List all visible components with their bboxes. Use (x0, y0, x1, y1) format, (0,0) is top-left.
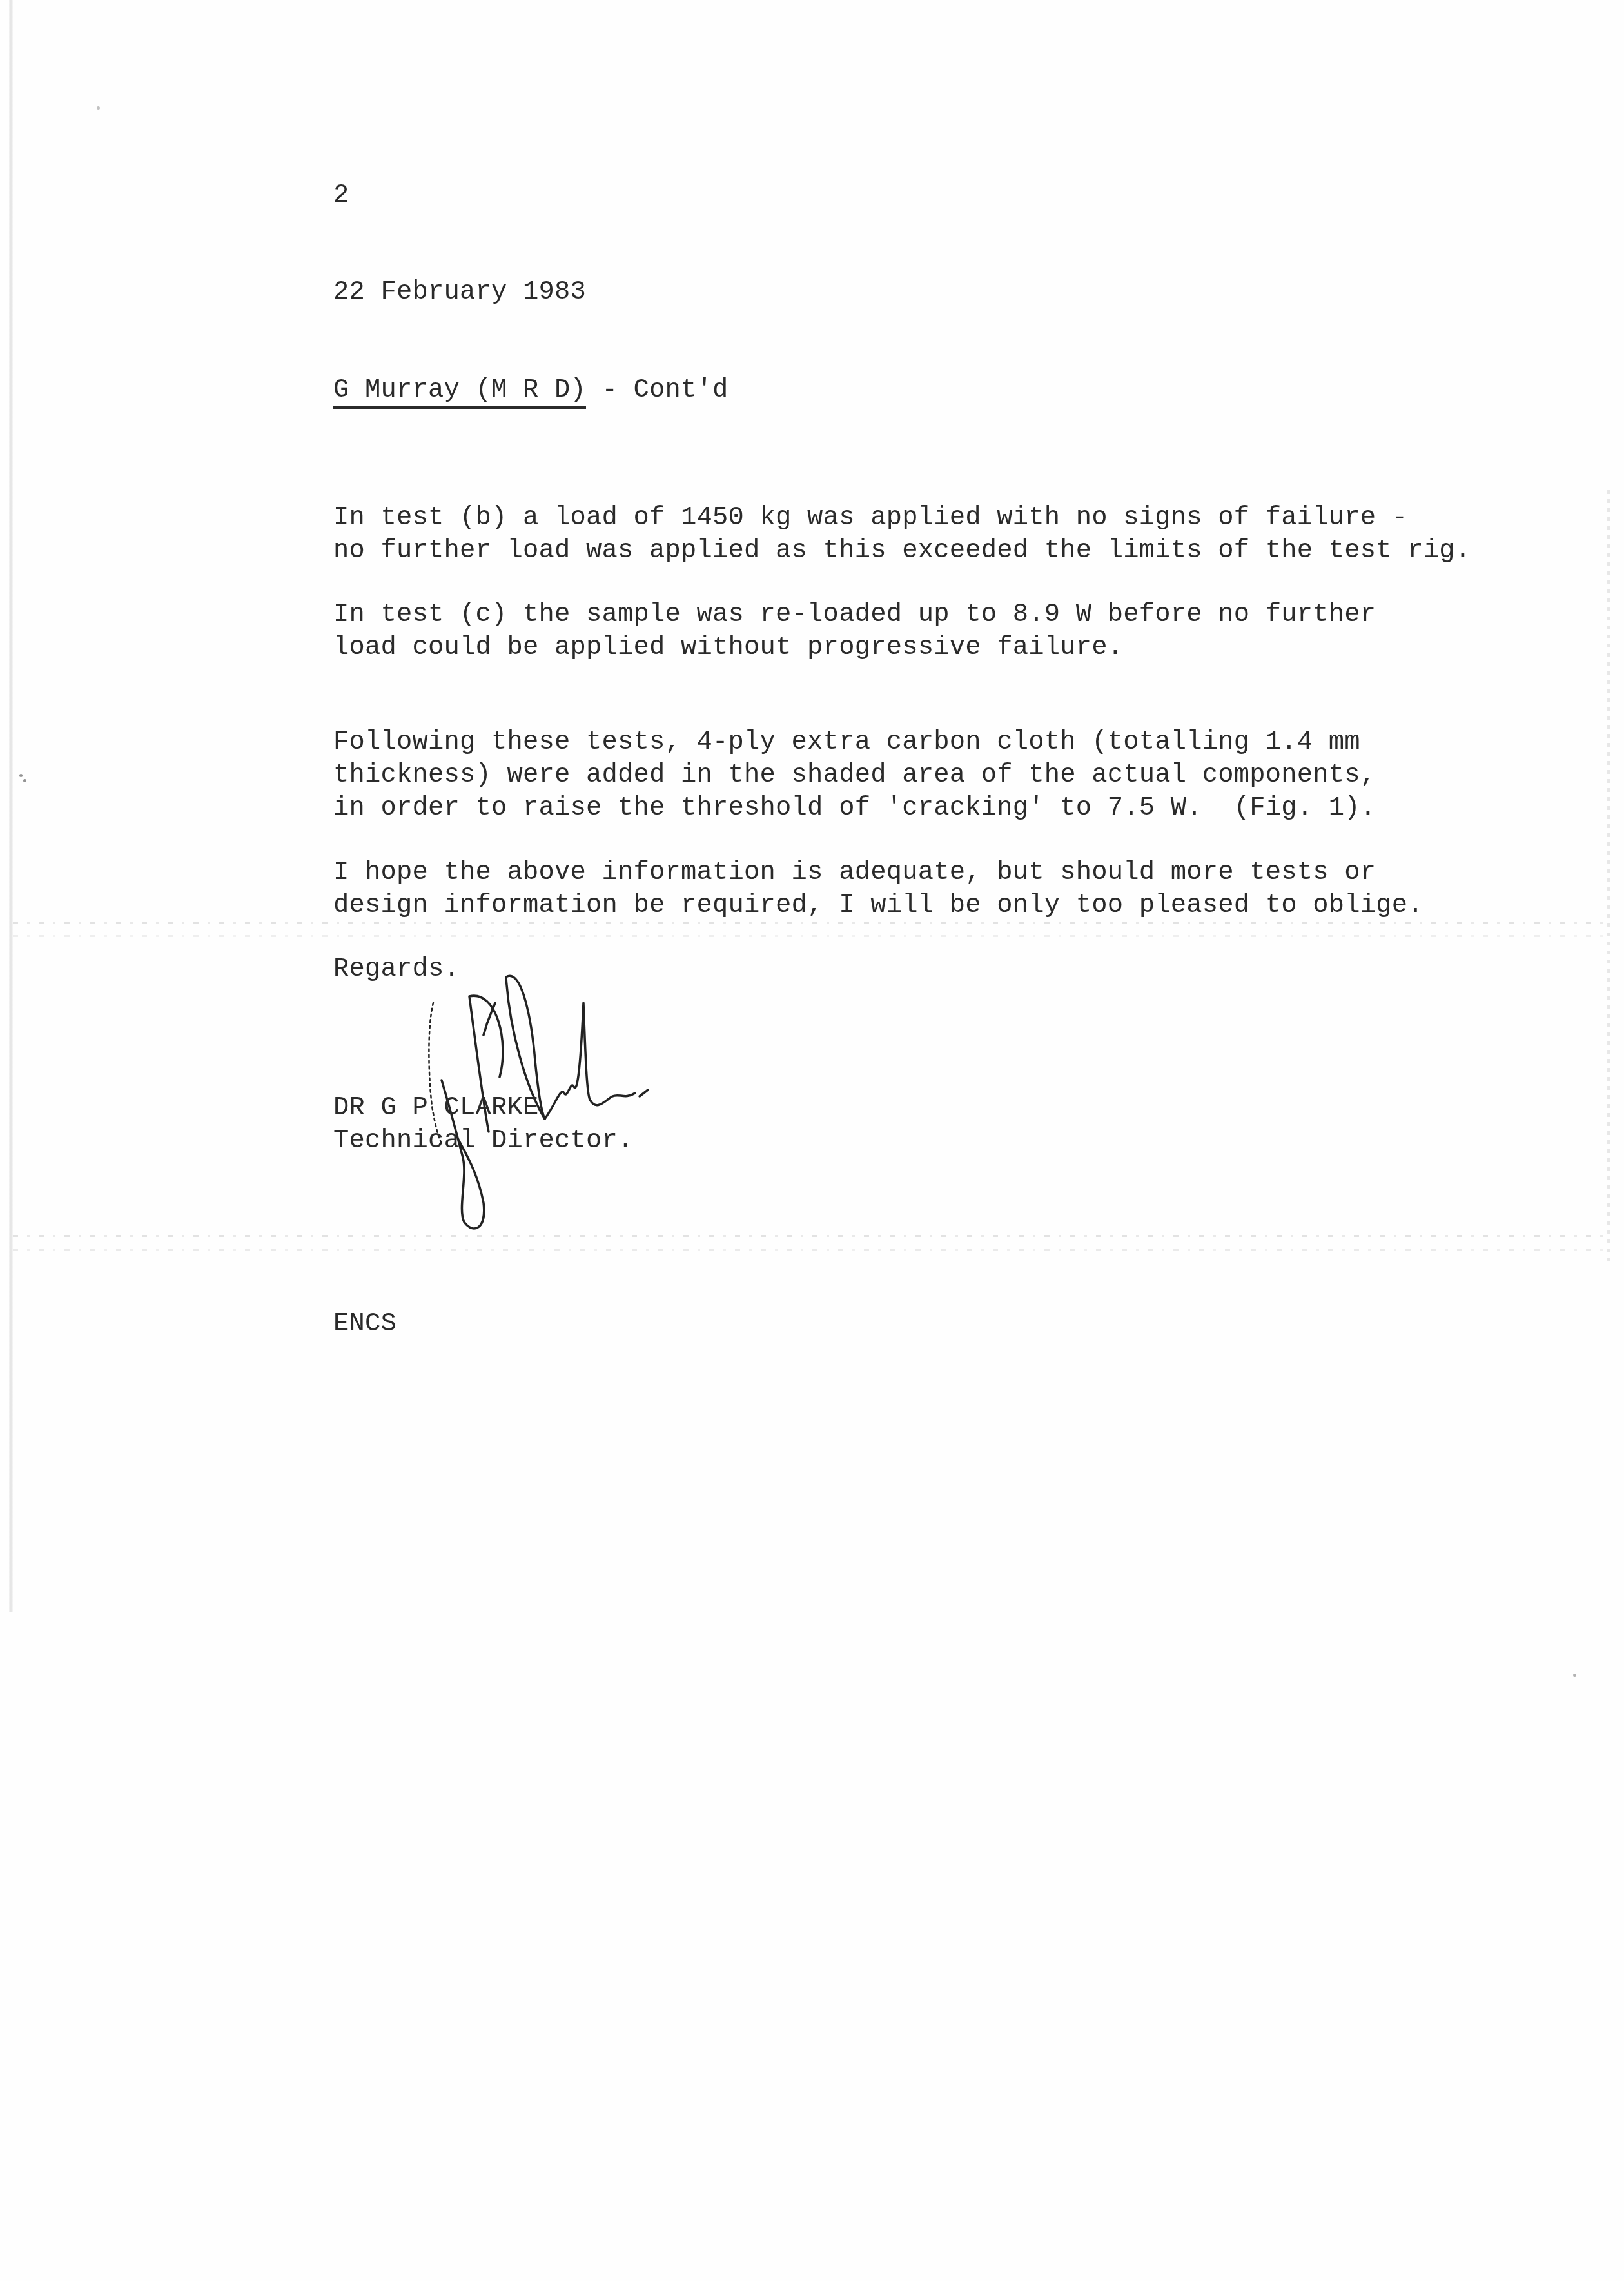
scan-left-edge (9, 0, 13, 1612)
scanned-letter-page: 2 22 February 1983 G Murray (M R D) - Co… (0, 0, 1624, 2281)
recipient-name: G Murray (M R D) (333, 375, 586, 409)
paragraph-line: In test (c) the sample was re-loaded up … (333, 598, 1376, 631)
paragraph-line: In test (b) a load of 1450 kg was applie… (333, 502, 1407, 535)
paragraph-line: Following these tests, 4-ply extra carbo… (333, 726, 1360, 759)
signatory-title: Technical Director. (333, 1125, 634, 1158)
recipient-suffix: - Cont'd (586, 375, 729, 405)
recipient-heading: G Murray (M R D) - Cont'd (333, 374, 729, 407)
paragraph-line: design information be required, I will b… (333, 889, 1423, 922)
scan-streak (13, 935, 1611, 937)
paragraph-line: I hope the above information is adequate… (333, 856, 1376, 889)
paragraph-line: load could be applied without progressiv… (333, 631, 1123, 664)
letter-date: 22 February 1983 (333, 276, 586, 309)
scan-streak (13, 1249, 1611, 1251)
paragraph-line: no further load was applied as this exce… (333, 535, 1471, 568)
paragraph-line: thickness) were added in the shaded area… (333, 759, 1376, 792)
page-number: 2 (333, 179, 349, 212)
scan-streak (13, 1235, 1611, 1237)
scan-streak (13, 922, 1611, 924)
closing-salutation: Regards. (333, 953, 460, 986)
signatory-name: DR G P CLARKE (333, 1092, 539, 1125)
enclosures-note: ENCS (333, 1308, 396, 1341)
scan-right-edge (1607, 490, 1610, 1264)
scan-speck (23, 779, 26, 782)
scan-speck (97, 106, 100, 110)
scan-speck (19, 774, 23, 777)
scan-speck (1573, 1674, 1576, 1677)
paragraph-line: in order to raise the threshold of 'crac… (333, 792, 1376, 825)
